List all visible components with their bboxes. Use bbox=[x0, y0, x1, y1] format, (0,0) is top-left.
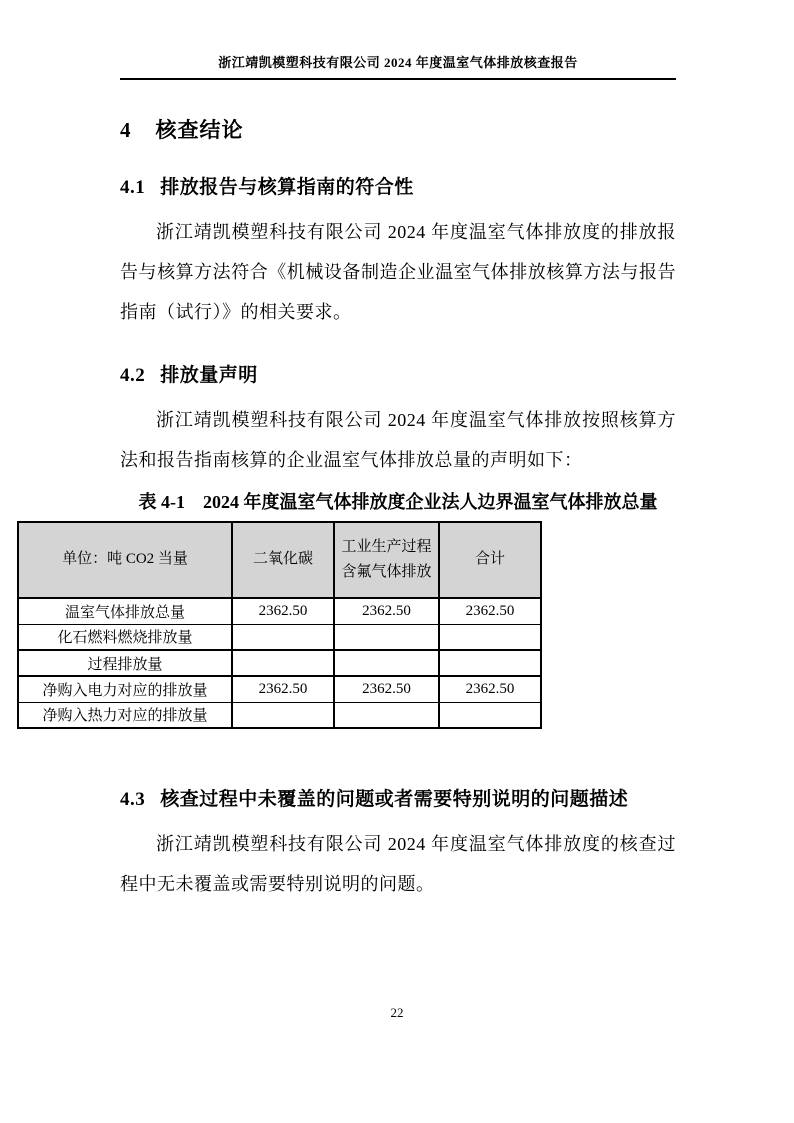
section-title-43: 核查过程中未覆盖的问题或者需要特别说明的问题描述 bbox=[160, 789, 628, 810]
table-caption: 表 4-1 2024 年度温室气体排放度企业法人边界温室气体排放总量 bbox=[120, 488, 676, 514]
row-label: 净购入电力对应的排放量 bbox=[18, 676, 232, 702]
cell-value: 2362.50 bbox=[232, 598, 334, 624]
paragraph-41: 浙江靖凯模塑科技有限公司 2024 年度温室气体排放度的排放报告与核算方法符合《… bbox=[120, 212, 676, 332]
chapter-title: 核查结论 bbox=[156, 118, 244, 142]
table-header-row: 单位：吨 CO2 当量 二氧化碳 工业生产过程含氟气体排放 合计 bbox=[18, 522, 541, 598]
paragraph-42: 浙江靖凯模塑科技有限公司 2024 年度温室气体排放按照核算方法和报告指南核算的… bbox=[120, 400, 676, 480]
section-number-42: 4.2 bbox=[120, 365, 145, 387]
running-header-title: 浙江靖凯模塑科技有限公司 2024 年度温室气体排放核查报告 bbox=[120, 52, 676, 80]
chapter-number: 4 bbox=[120, 118, 132, 143]
table-row: 过程排放量 bbox=[18, 650, 541, 676]
cell-value: 2362.50 bbox=[232, 676, 334, 702]
cell-value bbox=[439, 702, 541, 728]
col-header-fluoride-gas: 工业生产过程含氟气体排放 bbox=[334, 522, 439, 598]
col-header-co2: 二氧化碳 bbox=[232, 522, 334, 598]
table-row: 净购入热力对应的排放量 bbox=[18, 702, 541, 728]
cell-value bbox=[334, 624, 439, 650]
cell-value bbox=[334, 702, 439, 728]
row-label: 温室气体排放总量 bbox=[18, 598, 232, 624]
cell-value bbox=[439, 650, 541, 676]
cell-value bbox=[439, 624, 541, 650]
cell-value bbox=[232, 650, 334, 676]
cell-value bbox=[334, 650, 439, 676]
col-header-unit: 单位：吨 CO2 当量 bbox=[18, 522, 232, 598]
cell-value: 2362.50 bbox=[334, 676, 439, 702]
section-heading-43: 4.3核查过程中未覆盖的问题或者需要特别说明的问题描述 bbox=[120, 784, 676, 811]
section-number-41: 4.1 bbox=[120, 177, 145, 199]
paragraph-43: 浙江靖凯模塑科技有限公司 2024 年度温室气体排放度的核查过程中无未覆盖或需要… bbox=[120, 824, 676, 904]
cell-value: 2362.50 bbox=[439, 598, 541, 624]
chapter-heading: 4核查结论 bbox=[120, 114, 676, 144]
section-heading-41: 4.1排放报告与核算指南的符合性 bbox=[120, 172, 676, 199]
row-label: 化石燃料燃烧排放量 bbox=[18, 624, 232, 650]
document-page: 浙江靖凯模塑科技有限公司 2024 年度温室气体排放核查报告 4核查结论 4.1… bbox=[0, 0, 794, 1123]
cell-value: 2362.50 bbox=[439, 676, 541, 702]
row-label: 净购入热力对应的排放量 bbox=[18, 702, 232, 728]
cell-value bbox=[232, 624, 334, 650]
row-label: 过程排放量 bbox=[18, 650, 232, 676]
section-number-43: 4.3 bbox=[120, 789, 145, 811]
col-header-total: 合计 bbox=[439, 522, 541, 598]
section-title-42: 排放量声明 bbox=[160, 365, 258, 386]
section-title-41: 排放报告与核算指南的符合性 bbox=[160, 177, 414, 198]
table-row: 净购入电力对应的排放量 2362.50 2362.50 2362.50 bbox=[18, 676, 541, 702]
table-row: 温室气体排放总量 2362.50 2362.50 2362.50 bbox=[18, 598, 541, 624]
section-heading-42: 4.2排放量声明 bbox=[120, 360, 676, 387]
page-number: 22 bbox=[0, 1005, 794, 1021]
emissions-table: 单位：吨 CO2 当量 二氧化碳 工业生产过程含氟气体排放 合计 温室气体排放总… bbox=[17, 521, 542, 729]
cell-value bbox=[232, 702, 334, 728]
table-row: 化石燃料燃烧排放量 bbox=[18, 624, 541, 650]
cell-value: 2362.50 bbox=[334, 598, 439, 624]
